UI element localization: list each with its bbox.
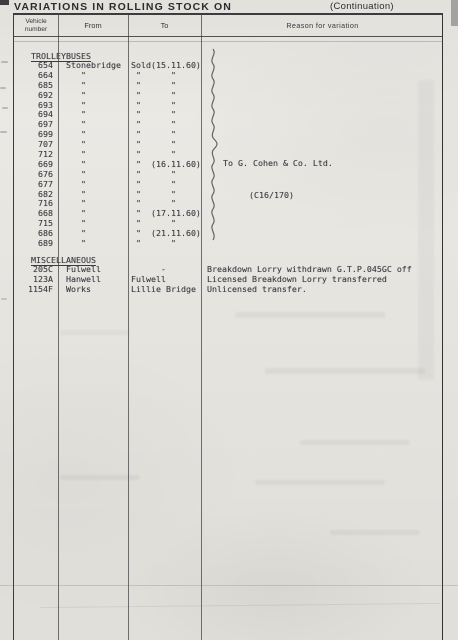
from-header-label: From [84, 21, 101, 30]
continuation-label: (Continuation) [330, 1, 394, 12]
table-row: 1154F Works Lillie Bridge Unlicensed tra… [14, 285, 442, 295]
vehicle-header-line1: Vehicle [25, 18, 46, 26]
cell-reason [201, 101, 442, 111]
cell-reason [201, 71, 442, 81]
column-header-vehicle-number: Vehicle number [14, 15, 58, 36]
cell-from: " [58, 239, 128, 249]
variations-table: Vehicle number From To Reason for variat… [13, 13, 443, 640]
bleedthrough-smudge [265, 368, 425, 374]
group-brace [206, 47, 220, 243]
to-header-label: To [161, 21, 169, 30]
header-rule [14, 36, 442, 37]
cell-to: " " [128, 239, 201, 249]
bleedthrough-smudge [235, 312, 385, 318]
group-reason-line1: To G. Cohen & Co. Ltd. [223, 158, 333, 169]
group-reason: To G. Cohen & Co. Ltd. (C16/170) [223, 137, 333, 221]
margin-mark [1, 298, 7, 300]
miscellaneous-rows: 205C Fulwell - Breakdown Lorry withdrawn… [14, 265, 442, 295]
cell-reason: Unlicensed transfer. [201, 285, 442, 295]
cell-reason [201, 239, 442, 249]
bleedthrough-smudge [255, 480, 385, 485]
margin-mark [1, 61, 8, 63]
bleedthrough-smudge [60, 330, 130, 335]
paper-crease [0, 585, 458, 586]
cell-vehicle-number: 689 [14, 239, 58, 249]
cell-from: Works [58, 285, 128, 295]
column-header-to: To [128, 15, 201, 36]
group-reason-line2: (C16/170) [223, 190, 333, 201]
cell-reason [201, 120, 442, 130]
cell-reason [201, 61, 442, 71]
bleedthrough-smudge [330, 530, 420, 535]
cell-reason [201, 110, 442, 120]
table-row: 689 " " " [14, 239, 442, 249]
bleedthrough-smudge [418, 80, 434, 380]
margin-mark [2, 107, 8, 109]
column-header-reason: Reason for variation [201, 15, 444, 36]
vehicle-header-line2: number [25, 26, 47, 34]
column-header-from: From [58, 15, 128, 36]
bleedthrough-smudge [60, 475, 140, 480]
page-title: VARIATIONS IN ROLLING STOCK ON [14, 1, 232, 13]
cell-reason [201, 229, 442, 239]
scanned-document-page: { "page": { "title": "VARIATIONS IN ROLL… [0, 0, 458, 640]
cell-reason [201, 81, 442, 91]
cell-vehicle-number: 1154F [14, 285, 58, 295]
scan-corner-mark [0, 0, 9, 5]
margin-mark [0, 87, 6, 89]
cell-reason [201, 91, 442, 101]
scan-edge-mark [451, 0, 458, 26]
margin-mark [0, 131, 7, 133]
reason-header-label: Reason for variation [286, 21, 358, 30]
cell-to: Lillie Bridge [128, 285, 201, 295]
bleedthrough-smudge [300, 440, 410, 445]
